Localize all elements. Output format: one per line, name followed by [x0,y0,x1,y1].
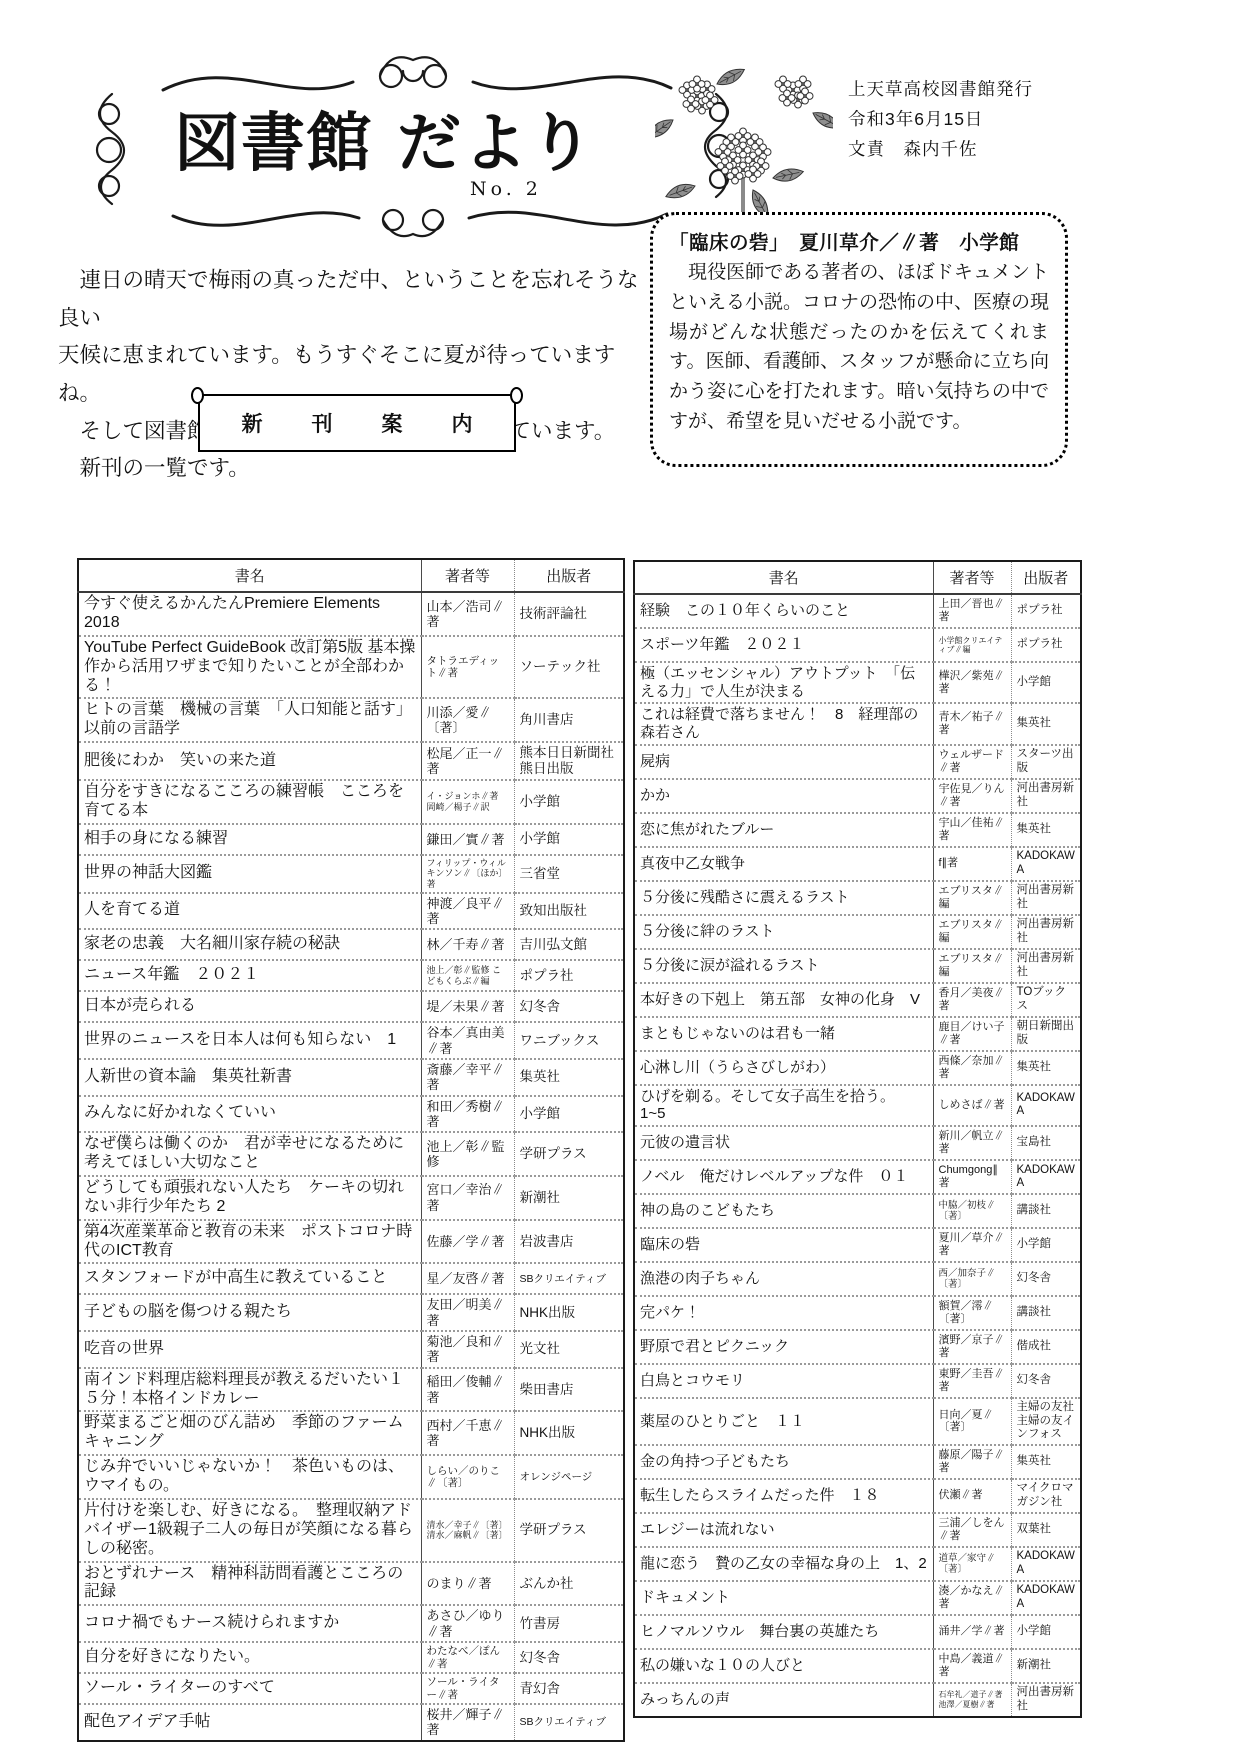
book-publisher-cell: 講談社 [1011,1296,1081,1330]
book-author-cell: 西條／奈加∥著 [933,1051,1011,1085]
book-publisher-cell: 技術評論社 [514,592,624,636]
book-author-cell: タトラエディット∥著 [421,636,514,699]
book-author-cell: 稲田／俊輔∥著 [421,1368,514,1412]
book-title-cell: 薬屋のひとりごと １１ [634,1398,933,1445]
book-title-cell: 転生したらスライムだった件 １８ [634,1479,933,1513]
book-publisher-cell: 光文社 [514,1331,624,1368]
table-row: これは経費で落ちません！ 8 経理部の森若さん青木／祐子∥著集英社 [634,703,1081,744]
book-title-cell: 今すぐ使えるかんたんPremiere Elements 2018 [78,592,421,636]
table-row: ソール・ライターのすべてソール・ライター∥著青幻舎 [78,1673,624,1704]
book-title-cell: かか [634,779,933,813]
book-title-cell: YouTube Perfect GuideBook 改訂第5版 基本操作から活用… [78,636,421,699]
book-title-cell: 人新世の資本論 集英社新書 [78,1059,421,1096]
table-row: 心淋し川（うらさびしがわ）西條／奈加∥著集英社 [634,1051,1081,1085]
book-author-cell: ウェルザード∥著 [933,745,1011,779]
table-row: YouTube Perfect GuideBook 改訂第5版 基本操作から活用… [78,636,624,699]
book-publisher-cell: オレンジページ [514,1455,624,1499]
book-author-cell: 西／加奈子∥〔著〕 [933,1262,1011,1296]
book-title-cell: 自分をすきになるこころの練習帳 こころを育てる本 [78,780,421,824]
book-publisher-cell: SBクリエイティブ [514,1263,624,1294]
book-publisher-cell: ソーテック社 [514,636,624,699]
table-row: 神の島のこどもたち中脇／初枝∥〔著〕講談社 [634,1194,1081,1228]
book-title-cell: 漁港の肉子ちゃん [634,1262,933,1296]
book-publisher-cell: 小学館 [514,824,624,855]
book-title-cell: 白鳥とコウモリ [634,1364,933,1398]
book-author-cell: エブリスタ∥編 [933,915,1011,949]
book-title-cell: ５分後に残酷さに震えるラスト [634,881,933,915]
book-publisher-cell: 青幻舎 [514,1673,624,1704]
book-author-cell: 中脇／初枝∥〔著〕 [933,1194,1011,1228]
book-review-box: 「臨床の砦」 夏川草介／∥著 小学館 現役医師である著者の、ほぼドキュメントとい… [650,212,1068,467]
table-row: おとずれナース 精神科訪問看護とこころの記録のまり∥著ぶんか社 [78,1562,624,1606]
table-row: 吃音の世界菊池／良和∥著光文社 [78,1331,624,1368]
table-row: 元彼の遺言状新川／帆立∥著宝島社 [634,1126,1081,1160]
table-row: 薬屋のひとりごと １１日向／夏∥〔著〕主婦の友社 主婦の友インフォス [634,1398,1081,1445]
book-author-cell: 林／千寿∥著 [421,929,514,960]
book-publisher-cell: 集英社 [514,1059,624,1096]
book-title-cell: これは経費で落ちません！ 8 経理部の森若さん [634,703,933,744]
table-row: 真夜中乙女戦争f∥著KADOKAWA [634,847,1081,881]
table-row: 世界のニュースを日本人は何も知らない 1谷本／真由美∥著ワニブックス [78,1022,624,1059]
table-row: 野菜まるごと畑のびん詰め 季節のファームキャニング西村／千恵∥著NHK出版 [78,1411,624,1455]
table-row: 臨床の砦夏川／草介∥著小学館 [634,1228,1081,1262]
book-title-cell: 人を育てる道 [78,893,421,930]
flower-cluster-small-right [775,76,813,108]
table-row: 今すぐ使えるかんたんPremiere Elements 2018山本／浩司∥著技… [78,592,624,636]
table-row: みんなに好かれなくていい和田／秀樹∥著小学館 [78,1096,624,1133]
book-publisher-cell: 幻冬舎 [1011,1262,1081,1296]
book-title-cell: スタンフォードが中高生に教えていること [78,1263,421,1294]
column-header-publisher: 出版者 [1011,561,1081,594]
table-row: かか宇佐見／りん∥著河出書房新社 [634,779,1081,813]
book-author-cell: 鎌田／實∥著 [421,824,514,855]
book-publisher-cell: TOブックス [1011,983,1081,1017]
book-publisher-cell: 講談社 [1011,1194,1081,1228]
book-title-cell: 自分を好きになりたい。 [78,1642,421,1673]
column-header-author: 著者等 [421,559,514,592]
book-author-cell: 小学館クリエイティブ∥編 [933,628,1011,662]
book-title-cell: 世界の神話大図鑑 [78,855,421,893]
book-publisher-cell: 小学館 [514,780,624,824]
book-publisher-cell: 集英社 [1011,1445,1081,1479]
book-title-cell: エレジーは流れない [634,1513,933,1547]
book-publisher-cell: 集英社 [1011,813,1081,847]
table-row: 龍に恋う 贄の乙女の幸福な身の上 1、2道草／家守∥〔著〕KADOKAWA [634,1547,1081,1581]
column-header-publisher: 出版者 [514,559,624,592]
book-author-cell: 谷本／真由美∥著 [421,1022,514,1059]
book-publisher-cell: KADOKAWA [1011,1581,1081,1615]
book-author-cell: 額賀／澪∥〔著〕 [933,1296,1011,1330]
book-title-cell: まともじゃないのは君も一緒 [634,1017,933,1051]
book-title-cell: みっちんの声 [634,1683,933,1717]
book-author-cell: 中島／義道∥著 [933,1649,1011,1683]
table-row: なぜ僕らは働くのか 君が幸せになるために考えてほしい大切なこと池上／彰∥監修学研… [78,1132,624,1176]
table-row: ５分後に絆のラストエブリスタ∥編河出書房新社 [634,915,1081,949]
book-publisher-cell: KADOKAWA [1011,1160,1081,1194]
book-publisher-cell: 竹書房 [514,1605,624,1642]
new-arrivals-banner: 新 刊 案 内 [198,394,516,452]
table-row: 南インド料理店総料理長が教えるだいたい１５分！本格インドカレー稲田／俊輔∥著柴田… [78,1368,624,1412]
table-row: ドキュメント湊／かなえ∥著KADOKAWA [634,1581,1081,1615]
book-publisher-cell: 岩波書店 [514,1220,624,1264]
book-publisher-cell: 河出書房新社 [1011,881,1081,915]
book-publisher-cell: 小学館 [1011,1615,1081,1649]
book-publisher-cell: 新潮社 [1011,1649,1081,1683]
book-title-cell: 第4次産業革命と教育の未来 ポストコロナ時代のICT教育 [78,1220,421,1264]
book-title-cell: 神の島のこどもたち [634,1194,933,1228]
book-title-cell: 金の角持つ子どもたち [634,1445,933,1479]
book-author-cell: 池上／彰∥監修 こどもくらぶ∥編 [421,960,514,991]
table-row: 金の角持つ子どもたち藤原／陽子∥著集英社 [634,1445,1081,1479]
table-row: 配色アイデア手帖桜井／輝子∥著SBクリエイティブ [78,1704,624,1741]
book-author-cell: のまり∥著 [421,1562,514,1606]
book-author-cell: イ・ジョンホ∥著 岡崎／楊子∥訳 [421,780,514,824]
book-title-cell: 相手の身になる練習 [78,824,421,855]
table-row: 片付けを楽しむ、好きになる。 整理収納アドバイザー1級親子二人の毎日が笑顔になる… [78,1499,624,1562]
table-row: エレジーは流れない三浦／しをん∥著双葉社 [634,1513,1081,1547]
book-author-cell: 宇佐見／りん∥著 [933,779,1011,813]
book-author-cell: f∥著 [933,847,1011,881]
book-title-cell: 日本が売られる [78,991,421,1022]
book-publisher-cell: KADOKAWA [1011,847,1081,881]
book-author-cell: 伏瀬∥著 [933,1479,1011,1513]
table-row: 恋に焦がれたブルー宇山／佳祐∥著集英社 [634,813,1081,847]
table-row: 子どもの脳を傷つける親たち友田／明美∥著NHK出版 [78,1294,624,1331]
table-header-row: 書名 著者等 出版者 [634,561,1081,594]
book-author-cell: 鹿目／けい子∥著 [933,1017,1011,1051]
book-author-cell: 涌井／学∥著 [933,1615,1011,1649]
table-row: 極（エッセンシャル）アウトプット 「伝える力」で人生が決まる樺沢／紫苑∥著小学館 [634,662,1081,703]
issue-number: No. 2 [470,178,542,200]
book-author-cell: エブリスタ∥編 [933,949,1011,983]
book-title-cell: ５分後に涙が溢れるラスト [634,949,933,983]
book-title-cell: ひげを剃る。そして女子高生を拾う。 1~5 [634,1085,933,1126]
book-title-cell: 臨床の砦 [634,1228,933,1262]
book-title-cell: みんなに好かれなくていい [78,1096,421,1133]
book-list-table-right: 書名 著者等 出版者 経験 この１０年くらいのこと上田／晋也∥著ポプラ社スポーツ… [633,560,1082,1718]
book-publisher-cell: KADOKAWA [1011,1085,1081,1126]
table-row: どうしても頑張れない人たち ケーキの切れない非行少年たち 2宮口／幸治∥著新潮社 [78,1176,624,1220]
book-author-cell: 青木／祐子∥著 [933,703,1011,744]
book-publisher-cell: ポプラ社 [514,960,624,991]
book-title-cell: 元彼の遺言状 [634,1126,933,1160]
book-publisher-cell: SBクリエイティブ [514,1704,624,1741]
book-author-cell: 新川／帆立∥著 [933,1126,1011,1160]
book-title-cell: ノベル 俺だけレベルアップな件 ０１ [634,1160,933,1194]
book-publisher-cell: KADOKAWA [1011,1547,1081,1581]
book-title-cell: 屍病 [634,745,933,779]
table-row: ニュース年鑑 ２０２１池上／彰∥監修 こどもくらぶ∥編ポプラ社 [78,960,624,991]
book-author-cell: 湊／かなえ∥著 [933,1581,1011,1615]
book-author-cell: 宇山／佳祐∥著 [933,813,1011,847]
book-author-cell: 清水／幸子∥〔著〕 清水／麻帆∥〔著〕 [421,1499,514,1562]
book-title-cell: ５分後に絆のラスト [634,915,933,949]
table-row: ノベル 俺だけレベルアップな件 ０１Chumgong∥著KADOKAWA [634,1160,1081,1194]
book-author-cell: 三浦／しをん∥著 [933,1513,1011,1547]
table-row: 完パケ！額賀／澪∥〔著〕講談社 [634,1296,1081,1330]
book-author-cell: 川添／愛∥〔著〕 [421,698,514,742]
book-publisher-cell: 幻冬舎 [1011,1364,1081,1398]
table-row: スポーツ年鑑 ２０２１小学館クリエイティブ∥編ポプラ社 [634,628,1081,662]
column-header-title: 書名 [78,559,421,592]
table-row: 本好きの下剋上 第五部 女神の化身 V香月／美夜∥著TOブックス [634,983,1081,1017]
book-publisher-cell: 学研プラス [514,1132,624,1176]
book-publisher-cell: 偕成社 [1011,1330,1081,1364]
table-row: 私の嫌いな１０の人びと中島／義道∥著新潮社 [634,1649,1081,1683]
book-title-cell: 本好きの下剋上 第五部 女神の化身 V [634,983,933,1017]
book-title-cell: 極（エッセンシャル）アウトプット 「伝える力」で人生が決まる [634,662,933,703]
book-list-table-left: 書名 著者等 出版者 今すぐ使えるかんたんPremiere Elements 2… [77,558,625,1742]
book-title-cell: 配色アイデア手帖 [78,1704,421,1741]
hydrangea-illustration [655,58,833,216]
column-header-author: 著者等 [933,561,1011,594]
book-author-cell: 神渡／良平∥著 [421,893,514,930]
book-author-cell: Chumgong∥著 [933,1160,1011,1194]
book-publisher-cell: スターツ出版 [1011,745,1081,779]
book-author-cell: 日向／夏∥〔著〕 [933,1398,1011,1445]
book-title-cell: 世界のニュースを日本人は何も知らない 1 [78,1022,421,1059]
table-row: ヒトの言葉 機械の言葉 「人口知能と話す」以前の言語学川添／愛∥〔著〕角川書店 [78,698,624,742]
book-publisher-cell: NHK出版 [514,1411,624,1455]
book-publisher-cell: 三省堂 [514,855,624,893]
book-publisher-cell: 河出書房新社 [1011,949,1081,983]
table-row: ヒノマルソウル 舞台裏の英雄たち涌井／学∥著小学館 [634,1615,1081,1649]
book-author-cell: しらい／のりこ∥〔著〕 [421,1455,514,1499]
book-title-cell: じみ弁でいいじゃないか！ 茶色いものは、ウマイもの。 [78,1455,421,1499]
table-row: 第4次産業革命と教育の未来 ポストコロナ時代のICT教育佐藤／学∥著岩波書店 [78,1220,624,1264]
book-author-cell: 上田／晋也∥著 [933,594,1011,628]
table-row: 経験 この１０年くらいのこと上田／晋也∥著ポプラ社 [634,594,1081,628]
book-author-cell: 樺沢／紫苑∥著 [933,662,1011,703]
book-author-cell: 桜井／輝子∥著 [421,1704,514,1741]
book-publisher-cell: マイクロマガジン社 [1011,1479,1081,1513]
book-publisher-cell: ぶんか社 [514,1562,624,1606]
book-publisher-cell: 新潮社 [514,1176,624,1220]
table-row: 自分を好きになりたい。わたなべ／ぽん∥著幻冬舎 [78,1642,624,1673]
book-title-cell: スポーツ年鑑 ２０２１ [634,628,933,662]
book-title-cell: 真夜中乙女戦争 [634,847,933,881]
book-author-cell: 東野／圭吾∥著 [933,1364,1011,1398]
book-author-cell: 星／友啓∥著 [421,1263,514,1294]
book-title-cell: 完パケ！ [634,1296,933,1330]
table-row: 相手の身になる練習鎌田／實∥著小学館 [78,824,624,855]
book-author-cell: しめさば∥著 [933,1085,1011,1126]
book-publisher-cell: 河出書房新社 [1011,1683,1081,1717]
book-author-cell: 濱野／京子∥著 [933,1330,1011,1364]
book-author-cell: 松尾／正一∥著 [421,742,514,780]
book-title-cell: どうしても頑張れない人たち ケーキの切れない非行少年たち 2 [78,1176,421,1220]
table-header-row: 書名 著者等 出版者 [78,559,624,592]
book-author-cell: あさひ／ゆり∥著 [421,1605,514,1642]
book-author-cell: 堤／未果∥著 [421,991,514,1022]
book-title-cell: ヒトの言葉 機械の言葉 「人口知能と話す」以前の言語学 [78,698,421,742]
book-title-cell: ヒノマルソウル 舞台裏の英雄たち [634,1615,933,1649]
book-publisher-cell: 学研プラス [514,1499,624,1562]
book-publisher-cell: NHK出版 [514,1294,624,1331]
book-publisher-cell: 小学館 [514,1096,624,1133]
table-row: みっちんの声石牟礼／道子∥著 池澤／夏樹∥著河出書房新社 [634,1683,1081,1717]
book-publisher-cell: ポプラ社 [1011,628,1081,662]
book-publisher-cell: 集英社 [1011,703,1081,744]
book-title-cell: 野菜まるごと畑のびん詰め 季節のファームキャニング [78,1411,421,1455]
book-title-cell: おとずれナース 精神科訪問看護とこころの記録 [78,1562,421,1606]
book-author-cell: 藤原／陽子∥著 [933,1445,1011,1479]
book-title-cell: 子どもの脳を傷つける親たち [78,1294,421,1331]
book-title-cell: 龍に恋う 贄の乙女の幸福な身の上 1、2 [634,1547,933,1581]
table-row: コロナ禍でもナース続けられますかあさひ／ゆり∥著竹書房 [78,1605,624,1642]
book-title-cell: なぜ僕らは働くのか 君が幸せになるために考えてほしい大切なこと [78,1132,421,1176]
book-author-cell: わたなべ／ぽん∥著 [421,1642,514,1673]
book-publisher-cell: 幻冬舎 [514,991,624,1022]
book-author-cell: 山本／浩司∥著 [421,592,514,636]
newsletter-page: { "header": { "title": "図書館 だより", "issue… [0,0,1241,1754]
table-row: 転生したらスライムだった件 １８伏瀬∥著マイクロマガジン社 [634,1479,1081,1513]
book-author-cell: フィリップ・ウィルキンソン∥〔ほか〕著 [421,855,514,893]
book-author-cell: 和田／秀樹∥著 [421,1096,514,1133]
table-row: ５分後に涙が溢れるラストエブリスタ∥編河出書房新社 [634,949,1081,983]
table-row: 漁港の肉子ちゃん西／加奈子∥〔著〕幻冬舎 [634,1262,1081,1296]
book-author-cell: 香月／美夜∥著 [933,983,1011,1017]
publisher-info: 上天草高校図書館発行 令和3年6月15日 文責 森内千佐 [848,74,1033,164]
book-publisher-cell: 宝島社 [1011,1126,1081,1160]
book-title-cell: コロナ禍でもナース続けられますか [78,1605,421,1642]
book-author-cell: 石牟礼／道子∥著 池澤／夏樹∥著 [933,1683,1011,1717]
table-row: 白鳥とコウモリ東野／圭吾∥著幻冬舎 [634,1364,1081,1398]
flower-cluster-small-left [679,76,718,114]
book-publisher-cell: 朝日新聞出版 [1011,1017,1081,1051]
table-row: 人を育てる道神渡／良平∥著致知出版社 [78,893,624,930]
book-publisher-cell: 熊本日日新聞社 熊日出版 [514,742,624,780]
table-row: 世界の神話大図鑑フィリップ・ウィルキンソン∥〔ほか〕著三省堂 [78,855,624,893]
book-author-cell: 池上／彰∥監修 [421,1132,514,1176]
book-author-cell: 友田／明美∥著 [421,1294,514,1331]
book-publisher-cell: 河出書房新社 [1011,915,1081,949]
book-publisher-cell: ポプラ社 [1011,594,1081,628]
column-header-title: 書名 [634,561,933,594]
book-author-cell: 宮口／幸治∥著 [421,1176,514,1220]
table-row: ５分後に残酷さに震えるラストエブリスタ∥編河出書房新社 [634,881,1081,915]
book-title-cell: 私の嫌いな１０の人びと [634,1649,933,1683]
table-row: 屍病ウェルザード∥著スターツ出版 [634,745,1081,779]
review-book-title: 「臨床の砦」 夏川草介／∥著 小学館 [669,227,1049,255]
book-title-cell: 心淋し川（うらさびしがわ） [634,1051,933,1085]
table-row: スタンフォードが中高生に教えていること星／友啓∥著SBクリエイティブ [78,1263,624,1294]
book-author-cell: 道草／家守∥〔著〕 [933,1547,1011,1581]
book-title-cell: ニュース年鑑 ２０２１ [78,960,421,991]
table-row: 肥後にわか 笑いの来た道松尾／正一∥著熊本日日新聞社 熊日出版 [78,742,624,780]
book-title-cell: 片付けを楽しむ、好きになる。 整理収納アドバイザー1級親子二人の毎日が笑顔になる… [78,1499,421,1562]
issue-date: 令和3年6月15日 [848,104,1033,134]
table-row: じみ弁でいいじゃないか！ 茶色いものは、ウマイもの。しらい／のりこ∥〔著〕オレン… [78,1455,624,1499]
book-publisher-cell: 小学館 [1011,662,1081,703]
book-publisher-cell: 幻冬舎 [514,1642,624,1673]
review-body-text: 現役医師である著者の、ほぼドキュメントといえる小説。コロナの恐怖の中、医療の現場… [669,258,1049,437]
book-title-cell: 家老の忠義 大名細川家存続の秘訣 [78,929,421,960]
book-title-cell: ソール・ライターのすべて [78,1673,421,1704]
book-author-cell: 佐藤／学∥著 [421,1220,514,1264]
book-publisher-cell: 双葉社 [1011,1513,1081,1547]
book-publisher-cell: 致知出版社 [514,893,624,930]
intro-paragraph: 連日の晴天で梅雨の真っただ中、ということを忘れそうな良い 天候に恵まれています。… [58,262,654,488]
book-author-cell: ソール・ライター∥著 [421,1673,514,1704]
book-author-cell: 夏川／草介∥著 [933,1228,1011,1262]
book-title-cell: 吃音の世界 [78,1331,421,1368]
flower-cluster-large [715,128,771,184]
book-publisher-cell: 小学館 [1011,1228,1081,1262]
table-row: ひげを剃る。そして女子高生を拾う。 1~5しめさば∥著KADOKAWA [634,1085,1081,1126]
book-publisher-cell: 河出書房新社 [1011,779,1081,813]
book-author-cell: エブリスタ∥編 [933,881,1011,915]
book-author-cell: 斎藤／幸平∥著 [421,1059,514,1096]
book-publisher-cell: 柴田書店 [514,1368,624,1412]
book-publisher-cell: ワニブックス [514,1022,624,1059]
book-title-cell: 恋に焦がれたブルー [634,813,933,847]
book-author-cell: 西村／千恵∥著 [421,1411,514,1455]
editor-credit: 文責 森内千佐 [848,134,1033,164]
book-title-cell: 南インド料理店総料理長が教えるだいたい１５分！本格インドカレー [78,1368,421,1412]
book-title-cell: 肥後にわか 笑いの来た道 [78,742,421,780]
table-row: 人新世の資本論 集英社新書斎藤／幸平∥著集英社 [78,1059,624,1096]
book-publisher-cell: 角川書店 [514,698,624,742]
page-title: 図書館 だより [150,92,620,184]
table-row: 家老の忠義 大名細川家存続の秘訣林／千寿∥著吉川弘文館 [78,929,624,960]
book-publisher-cell: 集英社 [1011,1051,1081,1085]
publisher-line: 上天草高校図書館発行 [848,74,1033,104]
table-row: まともじゃないのは君も一緒鹿目／けい子∥著朝日新聞出版 [634,1017,1081,1051]
book-publisher-cell: 主婦の友社 主婦の友インフォス [1011,1398,1081,1445]
book-title-cell: 野原で君とピクニック [634,1330,933,1364]
book-author-cell: 菊池／良和∥著 [421,1331,514,1368]
book-publisher-cell: 吉川弘文館 [514,929,624,960]
table-row: 野原で君とピクニック濱野／京子∥著偕成社 [634,1330,1081,1364]
book-title-cell: ドキュメント [634,1581,933,1615]
table-row: 日本が売られる堤／未果∥著幻冬舎 [78,991,624,1022]
book-title-cell: 経験 この１０年くらいのこと [634,594,933,628]
table-row: 自分をすきになるこころの練習帳 こころを育てる本イ・ジョンホ∥著 岡崎／楊子∥訳… [78,780,624,824]
